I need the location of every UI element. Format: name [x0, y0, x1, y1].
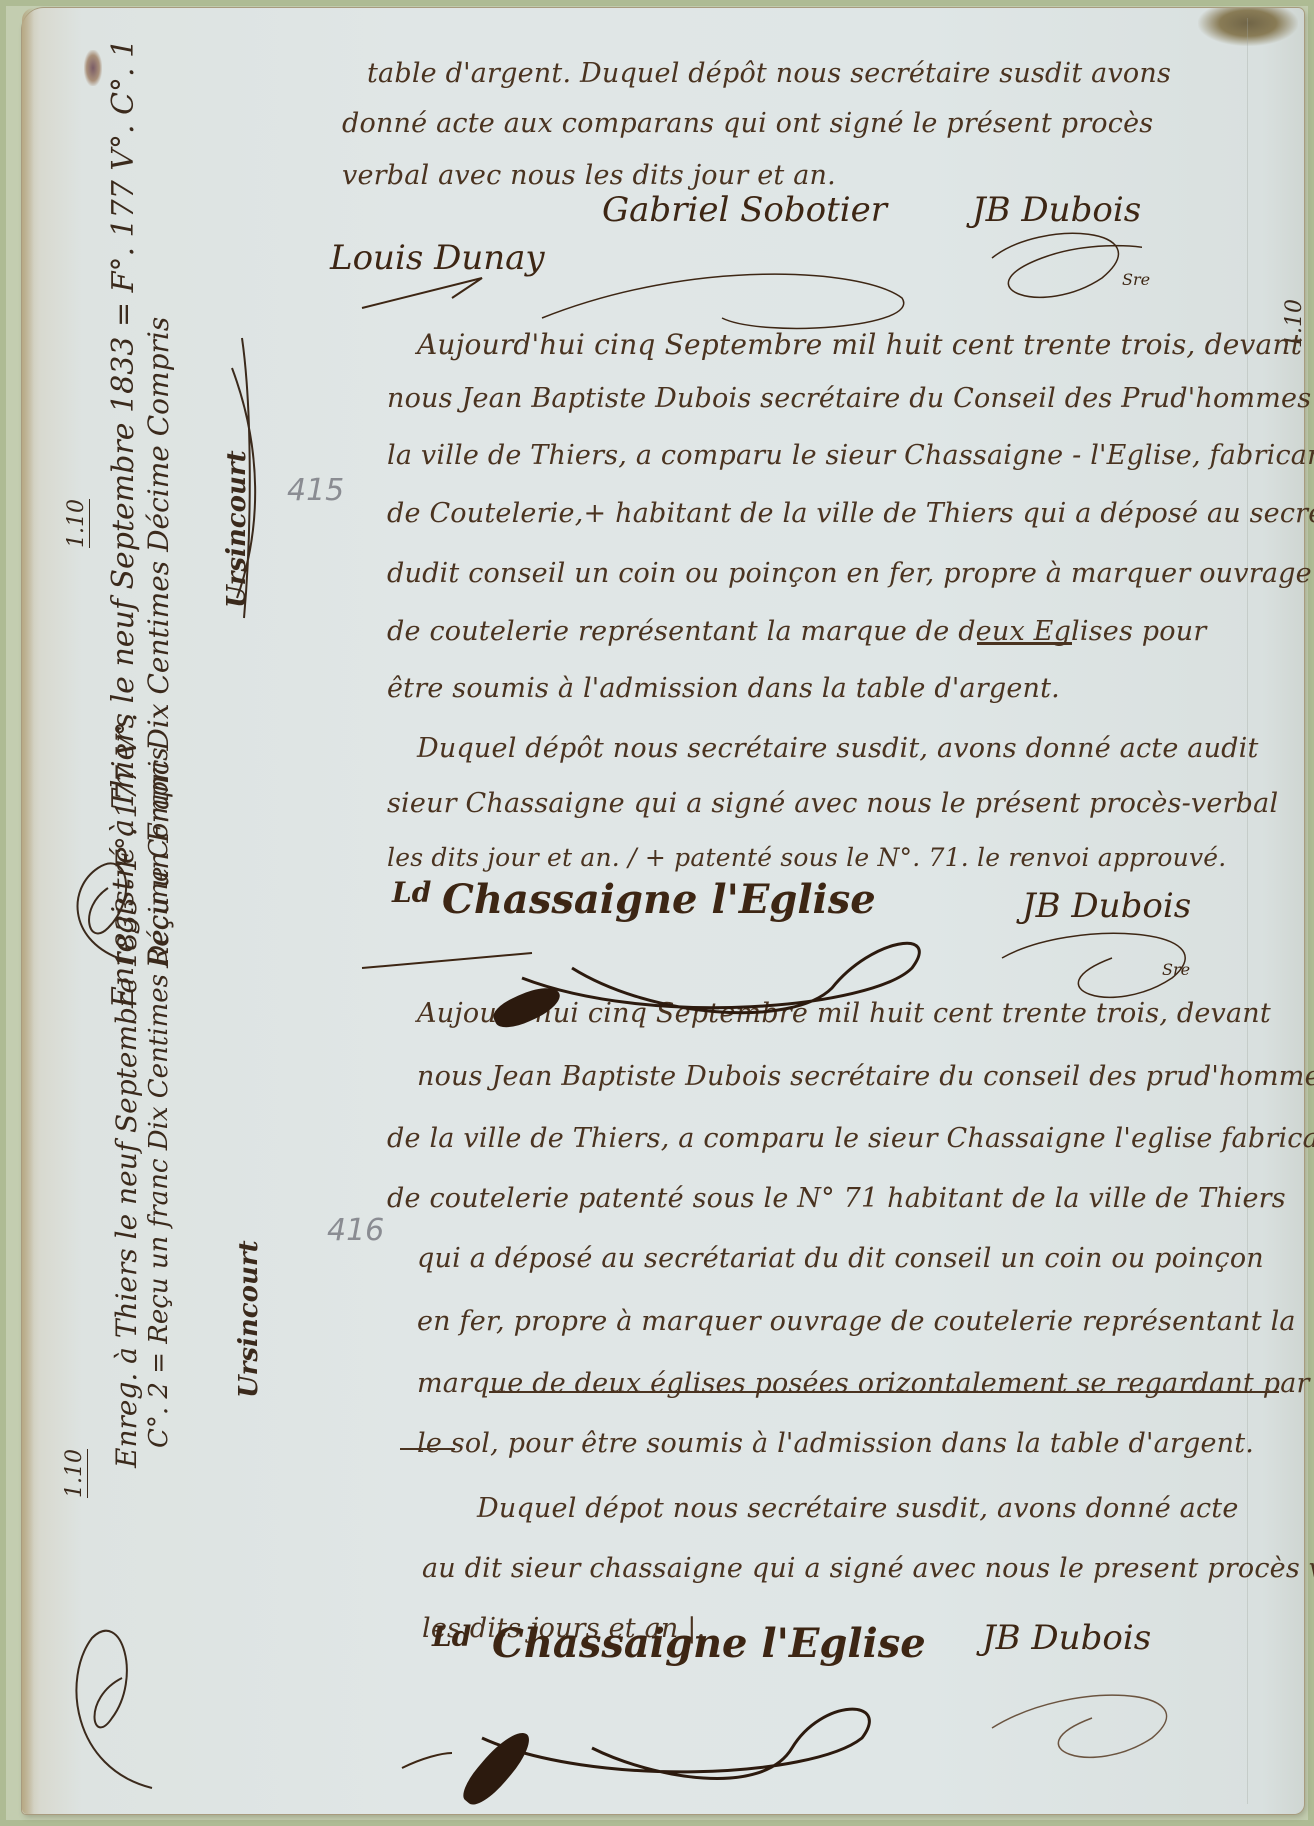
underline-description-2 — [400, 1448, 455, 1450]
entry-2-line-7: marque de deux églises posées orizontale… — [417, 1368, 1310, 1399]
margin-note-2-signature: Ursincourt — [234, 1240, 264, 1398]
signature-jb-dubois-3: JB Dubois — [982, 1618, 1151, 1658]
entry-2-line-2: nous Jean Baptiste Dubois secrétaire du … — [417, 1061, 1314, 1092]
entry-1-line-2: nous Jean Baptiste Dubois secrétaire du … — [387, 383, 1314, 414]
entry-1-line-7: être soumis à l'admission dans la table … — [387, 673, 1060, 704]
continuation-line-3: verbal avec nous les dits jour et an. — [342, 160, 836, 191]
paper-stain — [84, 50, 102, 86]
entry-1-line-10: les dits jour et an. / + patenté sous le… — [387, 843, 1226, 872]
entry-1-line-8: Duquel dépôt nous secrétaire susdit, avo… — [417, 733, 1259, 764]
entry-2-line-3: de la ville de Thiers, a comparu le sieu… — [387, 1123, 1314, 1154]
manuscript-page: 1.10 Enregistré à Thiers le neuf Septemb… — [22, 8, 1304, 1814]
entry-2-line-5: qui a déposé au secrétariat du dit conse… — [417, 1243, 1264, 1274]
entry-2-line-4: de coutelerie patenté sous le N° 71 habi… — [387, 1183, 1286, 1214]
entry-2-line-8: le sol, pour être soumis à l'admission d… — [417, 1428, 1254, 1459]
margin-folio-2: 1.10 — [62, 1449, 88, 1498]
signature-flourishes-1 — [342, 198, 1142, 338]
entry-1-line-6: de coutelerie représentant la marque de … — [387, 616, 1206, 647]
continuation-line-2: donné acte aux comparans qui ont signé l… — [342, 108, 1153, 139]
entry-1-line-3: la ville de Thiers, a comparu le sieur C… — [387, 440, 1314, 471]
entry-1-line-4: de Coutelerie,+ habitant de la ville de … — [387, 498, 1314, 529]
continuation-line-1: table d'argent. Duquel dépôt nous secrét… — [367, 58, 1171, 89]
margin-note-2-line-1: Enreg. à Thiers le neuf Septembre 1833 -… — [110, 713, 143, 1468]
margin-capital-flourish-2 — [52, 1618, 182, 1798]
margin-note-2-line-2: C°. 2 = Reçu un franc Dix Centimes Décim… — [144, 747, 174, 1448]
entry-2-line-10: au dit sieur chassaigne qui a signé avec… — [422, 1553, 1314, 1584]
pencil-page-number-416: 416 — [327, 1213, 384, 1248]
underline-deux-eglises — [977, 642, 1072, 645]
signature-prefix-1: Ld — [392, 876, 431, 909]
entry-2-line-6: en fer, propre à marquer ouvrage de cout… — [417, 1306, 1296, 1337]
pencil-page-number-415: 415 — [287, 473, 344, 508]
torn-corner — [1198, 8, 1298, 46]
margin-signature-flourish-1 — [222, 328, 272, 628]
signature-prefix-2: Ld — [432, 1620, 471, 1653]
margin-folio-1: 1.10 — [64, 499, 90, 548]
entry-2-line-9: Duquel dépot nous secrétaire susdit, avo… — [477, 1493, 1239, 1524]
entry-1-line-5: dudit conseil un coin ou poinçon en fer,… — [387, 558, 1312, 589]
underline-description-1 — [489, 1391, 1279, 1393]
entry-1-line-9: sieur Chassaigne qui a signé avec nous l… — [387, 788, 1278, 819]
signature-flourishes-2 — [352, 908, 1252, 1058]
